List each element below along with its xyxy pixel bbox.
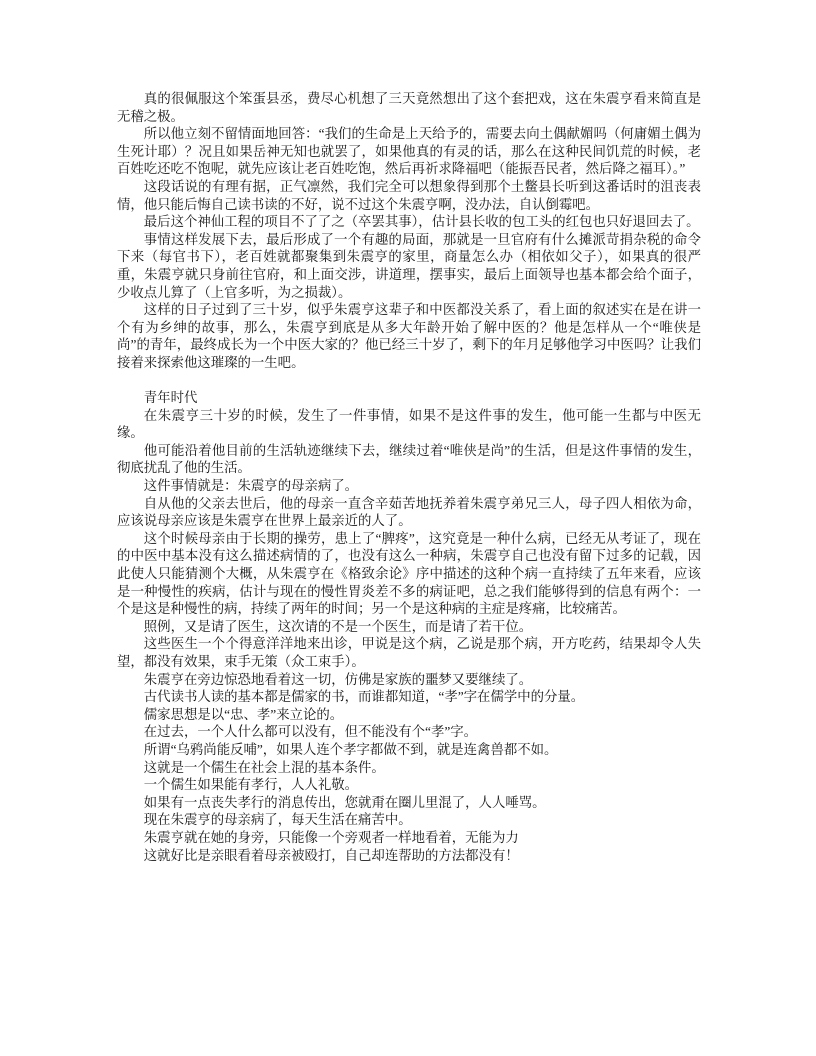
paragraph: 这件事情就是：朱震亨的母亲病了。 [117, 477, 701, 495]
section-heading: 青年时代 [117, 389, 701, 407]
paragraph: 朱震亨就在她的身旁，只能像一个旁观者一样地看着，无能为力 [117, 829, 701, 847]
paragraph: 在过去，一个人什么都可以没有，但不能没有个“孝”字。 [117, 723, 701, 741]
paragraph: 照例，又是请了医生，这次请的不是一个医生，而是请了若干位。 [117, 618, 701, 636]
paragraph: 他可能沿着他目前的生活轨迹继续下去，继续过着“唯侠是尚”的生活，但是这件事情的发… [117, 442, 701, 477]
paragraph: 真的很佩服这个笨蛋县丞，费尽心机想了三天竟然想出了这个套把戏，这在朱震亨看来简直… [117, 90, 701, 125]
paragraph: 最后这个神仙工程的项目不了了之（卒罢其事），估计县长收的包工头的红包也只好退回去… [117, 213, 701, 231]
paragraph: 在朱震亨三十岁的时候，发生了一件事情，如果不是这件事的发生，他可能一生都与中医无… [117, 407, 701, 442]
paragraph: 事情这样发展下去，最后形成了一个有趣的局面，那就是一旦官府有什么摊派苛捐杂税的命… [117, 231, 701, 301]
document-page: 真的很佩服这个笨蛋县丞，费尽心机想了三天竟然想出了这个套把戏，这在朱震亨看来简直… [0, 0, 816, 1056]
paragraph: 这个时候母亲由于长期的操劳，患上了“脾疼”，这究竟是一种什么病，已经无从考证了，… [117, 530, 701, 618]
paragraph: 古代读书人读的基本都是儒家的书，而谁都知道，“孝”字在儒学中的分量。 [117, 688, 701, 706]
paragraph: 这段话说的有理有据，正气凛然，我们完全可以想象得到那个土鳖县长听到这番话时的沮丧… [117, 178, 701, 213]
document-body: 真的很佩服这个笨蛋县丞，费尽心机想了三天竟然想出了这个套把戏，这在朱震亨看来简直… [117, 90, 701, 864]
paragraph: 现在朱震亨的母亲病了，每天生活在痛苦中。 [117, 811, 701, 829]
paragraph: 所谓“乌鸦尚能反哺”，如果人连个孝字都做不到，就是连禽兽都不如。 [117, 741, 701, 759]
blank-line [117, 372, 701, 390]
paragraph: 所以他立刻不留情面地回答：“我们的生命是上天给予的，需要去向土偶献媚吗（何庸媚土… [117, 125, 701, 178]
paragraph: 儒家思想是以“忠、孝”来立论的。 [117, 706, 701, 724]
paragraph: 一个儒生如果能有孝行，人人礼敬。 [117, 776, 701, 794]
paragraph: 朱震亨在旁边惊恐地看着这一切，仿佛是家族的噩梦又要继续了。 [117, 671, 701, 689]
paragraph: 自从他的父亲去世后，他的母亲一直含辛茹苦地抚养着朱震亨弟兄三人，母子四人相依为命… [117, 495, 701, 530]
paragraph: 如果有一点丧失孝行的消息传出，您就甭在圈儿里混了，人人唾骂。 [117, 794, 701, 812]
paragraph: 这就是一个儒生在社会上混的基本条件。 [117, 759, 701, 777]
paragraph: 这些医生一个个得意洋洋地来出诊，甲说是这个病，乙说是那个病，开方吃药，结果却令人… [117, 635, 701, 670]
paragraph: 这样的日子过到了三十岁，似乎朱震亨这辈子和中医都没关系了，看上面的叙述实在是在讲… [117, 301, 701, 371]
paragraph: 这就好比是亲眼看着母亲被殴打，自己却连帮助的方法都没有！ [117, 847, 701, 865]
